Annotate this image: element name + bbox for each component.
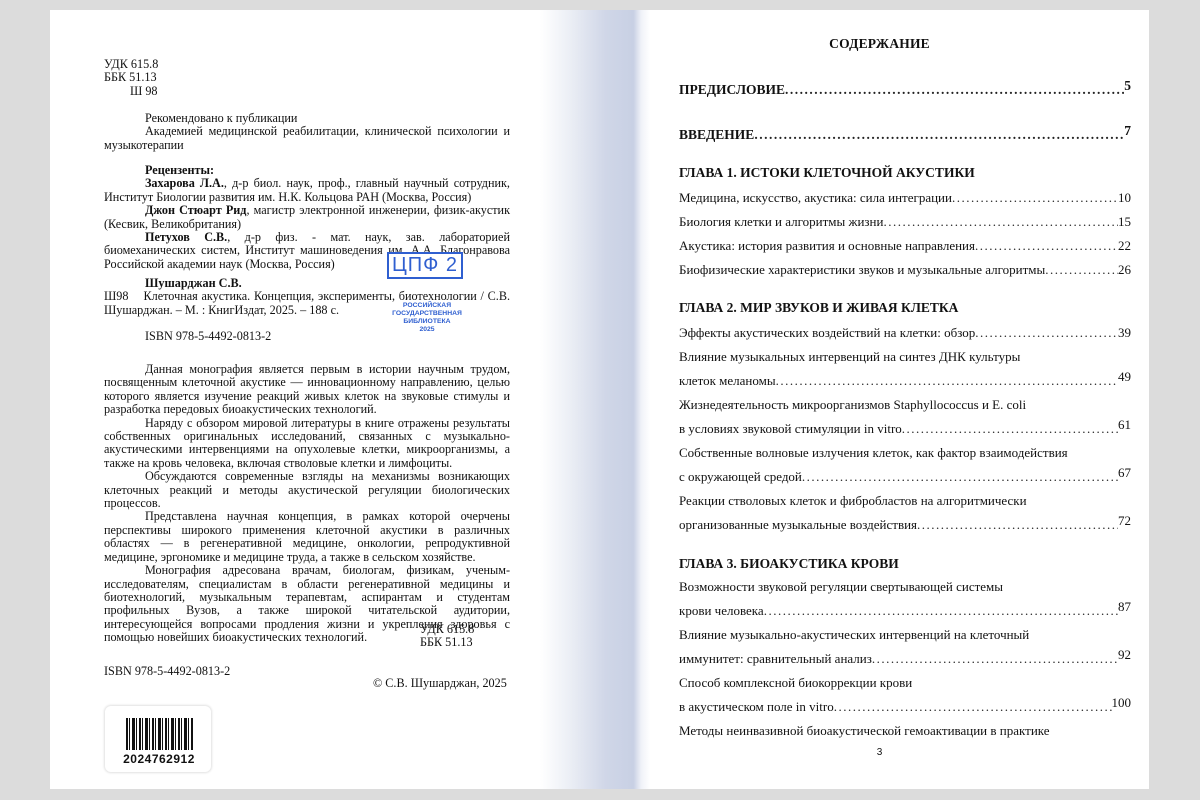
author-heading: Шушарджан С.В. xyxy=(104,277,510,290)
toc-entry[interactable]: Биология клетки и алгоритмы жизни 15 xyxy=(679,214,1131,230)
toc-entry-label: в условиях звуковой стимуляции in vitro xyxy=(679,421,902,437)
toc-entry[interactable]: крови человека 87 xyxy=(679,603,1131,619)
toc-entry-label: Медицина, искусство, акустика: сила инте… xyxy=(679,190,952,206)
toc-entry-label-line[interactable]: Влияние музыкально-акустических интервен… xyxy=(679,627,1029,643)
udk-code: УДК 615.8 xyxy=(104,58,158,71)
toc-page-number: 26 xyxy=(1118,262,1131,278)
toc-page-number: 5 xyxy=(1124,78,1131,94)
book-spread: УДК 615.8 ББК 51.13 Ш 98 Рекомендовано к… xyxy=(50,10,1149,789)
toc-entry-label: организованные музыкальные воздействия xyxy=(679,517,917,533)
toc-page-number: 92 xyxy=(1118,647,1131,663)
toc-entry-label: ПРЕДИСЛОВИЕ xyxy=(679,82,785,98)
barcode-number: 2024762912 xyxy=(115,752,203,766)
toc-entry-label-line[interactable]: Способ комплексной биокоррекции крови xyxy=(679,675,912,691)
toc-page-number: 10 xyxy=(1118,190,1131,206)
author-sign: Ш 98 xyxy=(104,85,158,98)
toc-entry[interactable]: Биофизические характеристики звуков и му… xyxy=(679,262,1131,278)
copyright: © С.В. Шушарджан, 2025 xyxy=(373,677,507,690)
toc-page-number: 87 xyxy=(1118,599,1131,615)
annotation-paragraph: Обсуждаются современные взгляды на механ… xyxy=(104,470,510,510)
annotation: Данная монография является первым в исто… xyxy=(104,363,510,645)
toc-entry-label: в акустическом поле in vitro xyxy=(679,699,834,715)
toc-entry[interactable]: иммунитет: сравнительный анализ 92 xyxy=(679,651,1131,667)
reviewer-name: Петухов С.В. xyxy=(145,230,227,244)
toc-page-number: 61 xyxy=(1118,417,1131,433)
leader-dots xyxy=(952,190,1118,206)
bbk-code: ББК 51.13 xyxy=(420,636,474,649)
toc-chapter-2[interactable]: ГЛАВА 2. МИР ЗВУКОВ И ЖИВАЯ КЛЕТКА xyxy=(679,300,958,316)
toc-entry[interactable]: Эффекты акустических воздействий на клет… xyxy=(679,325,1131,341)
bbk-code: ББК 51.13 xyxy=(104,71,158,84)
contents-page: СОДЕРЖАНИЕ ПРЕДИСЛОВИЕ 5 ВВЕДЕНИЕ 7 ГЛАВ… xyxy=(610,10,1149,789)
classification-codes-bottom: УДК 615.8 ББК 51.13 xyxy=(420,623,474,650)
leader-dots xyxy=(975,238,1118,254)
toc-page-number: 22 xyxy=(1118,238,1131,254)
recommendation-body: Академией медицинской реабилитации, клин… xyxy=(104,125,510,152)
toc-entry[interactable]: в акустическом поле in vitro 100 xyxy=(679,699,1131,715)
isbn: ISBN 978-5-4492-0813-2 xyxy=(104,330,510,343)
toc-page-number: 100 xyxy=(1112,695,1132,711)
reviewer-item: Захарова Л.А., д-р биол. наук, проф., гл… xyxy=(104,177,510,204)
leader-dots xyxy=(834,699,1112,715)
toc-entry-label-line[interactable]: Жизнедеятельность микроорганизмов Staphy… xyxy=(679,397,1026,413)
isbn-bottom: ISBN 978-5-4492-0813-2 xyxy=(104,665,230,678)
table-of-contents: ПРЕДИСЛОВИЕ 5 ВВЕДЕНИЕ 7 ГЛАВА 1. ИСТОКИ… xyxy=(679,10,1131,789)
leader-dots xyxy=(754,127,1124,143)
toc-entry-introduction[interactable]: ВВЕДЕНИЕ 7 xyxy=(679,127,1131,143)
toc-entry[interactable]: Медицина, искусство, акустика: сила инте… xyxy=(679,190,1131,206)
toc-entry-preface[interactable]: ПРЕДИСЛОВИЕ 5 xyxy=(679,82,1131,98)
toc-entry-label: иммунитет: сравнительный анализ xyxy=(679,651,872,667)
library-stamp-line: РОССИЙСКАЯ xyxy=(382,302,472,310)
toc-entry-label: ВВЕДЕНИЕ xyxy=(679,127,754,143)
leader-dots xyxy=(776,373,1118,389)
toc-entry-label-line[interactable]: Собственные волновые излучения клеток, к… xyxy=(679,445,1068,461)
toc-chapter-1[interactable]: ГЛАВА 1. ИСТОКИ КЛЕТОЧНОЙ АКУСТИКИ xyxy=(679,165,975,181)
toc-entry-label: крови человека xyxy=(679,603,764,619)
reviewers-heading: Рецензенты: xyxy=(104,164,510,177)
leader-dots xyxy=(802,469,1118,485)
toc-entry-label-line[interactable]: Возможности звуковой регуляции свертываю… xyxy=(679,579,1003,595)
isbn-text: ISBN 978-5-4492-0813-2 xyxy=(104,330,510,343)
library-stamp-line: БИБЛИОТЕКА xyxy=(382,318,472,326)
toc-entry-label: клеток меланомы xyxy=(679,373,776,389)
leader-dots xyxy=(872,651,1118,667)
toc-page-number: 49 xyxy=(1118,369,1131,385)
toc-entry-label: Биология клетки и алгоритмы жизни xyxy=(679,214,883,230)
toc-page-number: 39 xyxy=(1118,325,1131,341)
toc-entry[interactable]: организованные музыкальные воздействия 7… xyxy=(679,517,1131,533)
cpf-stamp: ЦПФ 2 xyxy=(387,252,463,279)
toc-entry-label: Биофизические характеристики звуков и му… xyxy=(679,262,1045,278)
leader-dots xyxy=(1045,262,1118,278)
toc-entry[interactable]: с окружающей средой 67 xyxy=(679,469,1131,485)
imprint-page: УДК 615.8 ББК 51.13 Ш 98 Рекомендовано к… xyxy=(50,10,550,789)
recommendation: Рекомендовано к публикации Академией мед… xyxy=(104,112,510,152)
toc-entry-label: Акустика: история развития и основные на… xyxy=(679,238,975,254)
toc-page-number: 15 xyxy=(1118,214,1131,230)
annotation-paragraph: Наряду с обзором мировой литературы в кн… xyxy=(104,417,510,471)
toc-page-number: 72 xyxy=(1118,513,1131,529)
toc-entry-label: Эффекты акустических воздействий на клет… xyxy=(679,325,975,341)
toc-entry-label-line[interactable]: Влияние музыкальных интервенций на синте… xyxy=(679,349,1020,365)
toc-entry[interactable]: Акустика: история развития и основные на… xyxy=(679,238,1131,254)
leader-dots xyxy=(785,82,1124,98)
annotation-paragraph: Данная монография является первым в исто… xyxy=(104,363,510,417)
leader-dots xyxy=(902,421,1118,437)
toc-page-number: 67 xyxy=(1118,465,1131,481)
reviewer-name: Джон Стюарт Рид xyxy=(145,203,246,217)
annotation-paragraph: Представлена научная концепция, в рамках… xyxy=(104,510,510,564)
leader-dots xyxy=(975,325,1118,341)
barcode-sticker: 2024762912 xyxy=(105,706,211,772)
leader-dots xyxy=(917,517,1118,533)
classification-codes: УДК 615.8 ББК 51.13 Ш 98 xyxy=(104,58,158,98)
toc-page-number: 7 xyxy=(1124,123,1131,139)
recommendation-heading: Рекомендовано к публикации xyxy=(104,112,510,125)
library-stamp-line: ГОСУДАРСТВЕННАЯ xyxy=(382,310,472,318)
toc-entry[interactable]: в условиях звуковой стимуляции in vitro … xyxy=(679,421,1131,437)
barcode-icon xyxy=(126,718,194,750)
leader-dots xyxy=(883,214,1118,230)
reviewer-item: Джон Стюарт Рид, магистр электронной инж… xyxy=(104,204,510,231)
toc-entry-label-line[interactable]: Методы неинвазивной биоакустической гемо… xyxy=(679,723,1050,739)
toc-entry-label: с окружающей средой xyxy=(679,469,802,485)
toc-chapter-3[interactable]: ГЛАВА 3. БИОАКУСТИКА КРОВИ xyxy=(679,556,899,572)
leader-dots xyxy=(764,603,1118,619)
toc-entry-label-line[interactable]: Реакции стволовых клеток и фибробластов … xyxy=(679,493,1027,509)
reviewer-name: Захарова Л.А. xyxy=(145,176,224,190)
toc-entry[interactable]: клеток меланомы 49 xyxy=(679,373,1131,389)
page-number: 3 xyxy=(610,747,1149,758)
udk-code: УДК 615.8 xyxy=(420,623,474,636)
